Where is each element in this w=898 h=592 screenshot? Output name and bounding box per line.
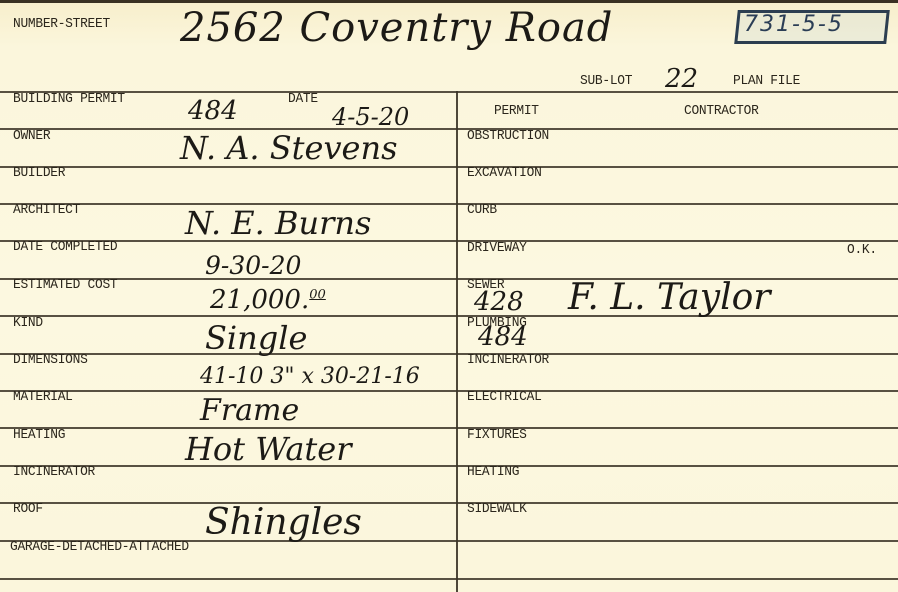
sewer-permit-value: 428 xyxy=(474,289,524,315)
column-divider xyxy=(456,91,458,592)
rule-line xyxy=(0,502,898,504)
builder-label: BUILDER xyxy=(13,166,65,181)
estimated-cost-label: ESTIMATED COST xyxy=(13,278,117,293)
plumbing-permit-value: 484 xyxy=(478,324,528,350)
architect-label: ARCHITECT xyxy=(13,203,80,218)
heating-label: HEATING xyxy=(13,428,65,443)
roof-value: Shingles xyxy=(205,505,362,541)
incinerator-permit-label: INCINERATOR xyxy=(467,353,549,368)
roof-label: ROOF xyxy=(13,502,43,517)
garage-label: GARAGE-DETACHED-ATTACHED xyxy=(10,540,189,555)
obstruction-label: OBSTRUCTION xyxy=(467,129,549,144)
kind-value: Single xyxy=(205,322,307,354)
owner-label: OWNER xyxy=(13,129,50,144)
architect-value: N. E. Burns xyxy=(185,207,371,239)
driveway-note: O.K. xyxy=(847,243,877,258)
contractor-column-header: CONTRACTOR xyxy=(684,104,759,119)
sub-lot-label: SUB-LOT xyxy=(580,74,632,89)
date-label: DATE xyxy=(288,92,318,107)
incinerator-label: INCINERATOR xyxy=(13,465,95,480)
rule-line xyxy=(0,91,898,93)
heating-permit-label: HEATING xyxy=(467,465,519,480)
building-permit-label: BUILDING PERMIT xyxy=(13,92,125,107)
rule-line xyxy=(0,128,898,130)
dimensions-value: 41-10 3" x 30-21-16 xyxy=(200,366,420,388)
rule-line xyxy=(0,203,898,205)
estimated-cost-cents: 00 xyxy=(309,287,326,302)
sewer-contractor-value: F. L. Taylor xyxy=(568,280,770,316)
building-permit-value: 484 xyxy=(188,98,238,124)
estimated-cost-value: 21,000.00 xyxy=(210,287,326,313)
card-top-edge xyxy=(0,0,898,3)
rule-line xyxy=(0,578,898,580)
driveway-label: DRIVEWAY xyxy=(467,241,527,256)
dimensions-label: DIMENSIONS xyxy=(13,353,88,368)
owner-value: N. A. Stevens xyxy=(180,132,398,164)
rule-line xyxy=(0,166,898,168)
rule-line xyxy=(0,465,898,467)
sidewalk-label: SIDEWALK xyxy=(467,502,527,517)
excavation-label: EXCAVATION xyxy=(467,166,542,181)
rule-line xyxy=(0,240,898,242)
permit-index-card: NUMBER-STREET 2562 Coventry Road 731-5-5… xyxy=(0,0,898,592)
material-value: Frame xyxy=(200,396,299,426)
kind-label: KIND xyxy=(13,316,43,331)
material-label: MATERIAL xyxy=(13,390,73,405)
number-street-label: NUMBER-STREET xyxy=(13,17,110,32)
fixtures-label: FIXTURES xyxy=(467,428,527,443)
curb-label: CURB xyxy=(467,203,497,218)
sub-lot-value: 22 xyxy=(665,66,698,92)
number-street-value: 2562 Coventry Road xyxy=(180,8,613,48)
heating-value: Hot Water xyxy=(185,433,351,465)
file-stamp-value: 731-5-5 xyxy=(744,12,844,37)
rule-line xyxy=(0,353,898,355)
plan-file-label: PLAN FILE xyxy=(733,74,800,89)
date-completed-label: DATE COMPLETED xyxy=(13,240,117,255)
permit-column-header: PERMIT xyxy=(494,104,539,119)
rule-line xyxy=(0,390,898,392)
electrical-label: ELECTRICAL xyxy=(467,390,542,405)
rule-line xyxy=(0,427,898,429)
date-completed-value: 9-30-20 xyxy=(205,253,301,278)
estimated-cost-dollars: 21,000. xyxy=(210,285,309,315)
date-value: 4-5-20 xyxy=(332,105,409,129)
